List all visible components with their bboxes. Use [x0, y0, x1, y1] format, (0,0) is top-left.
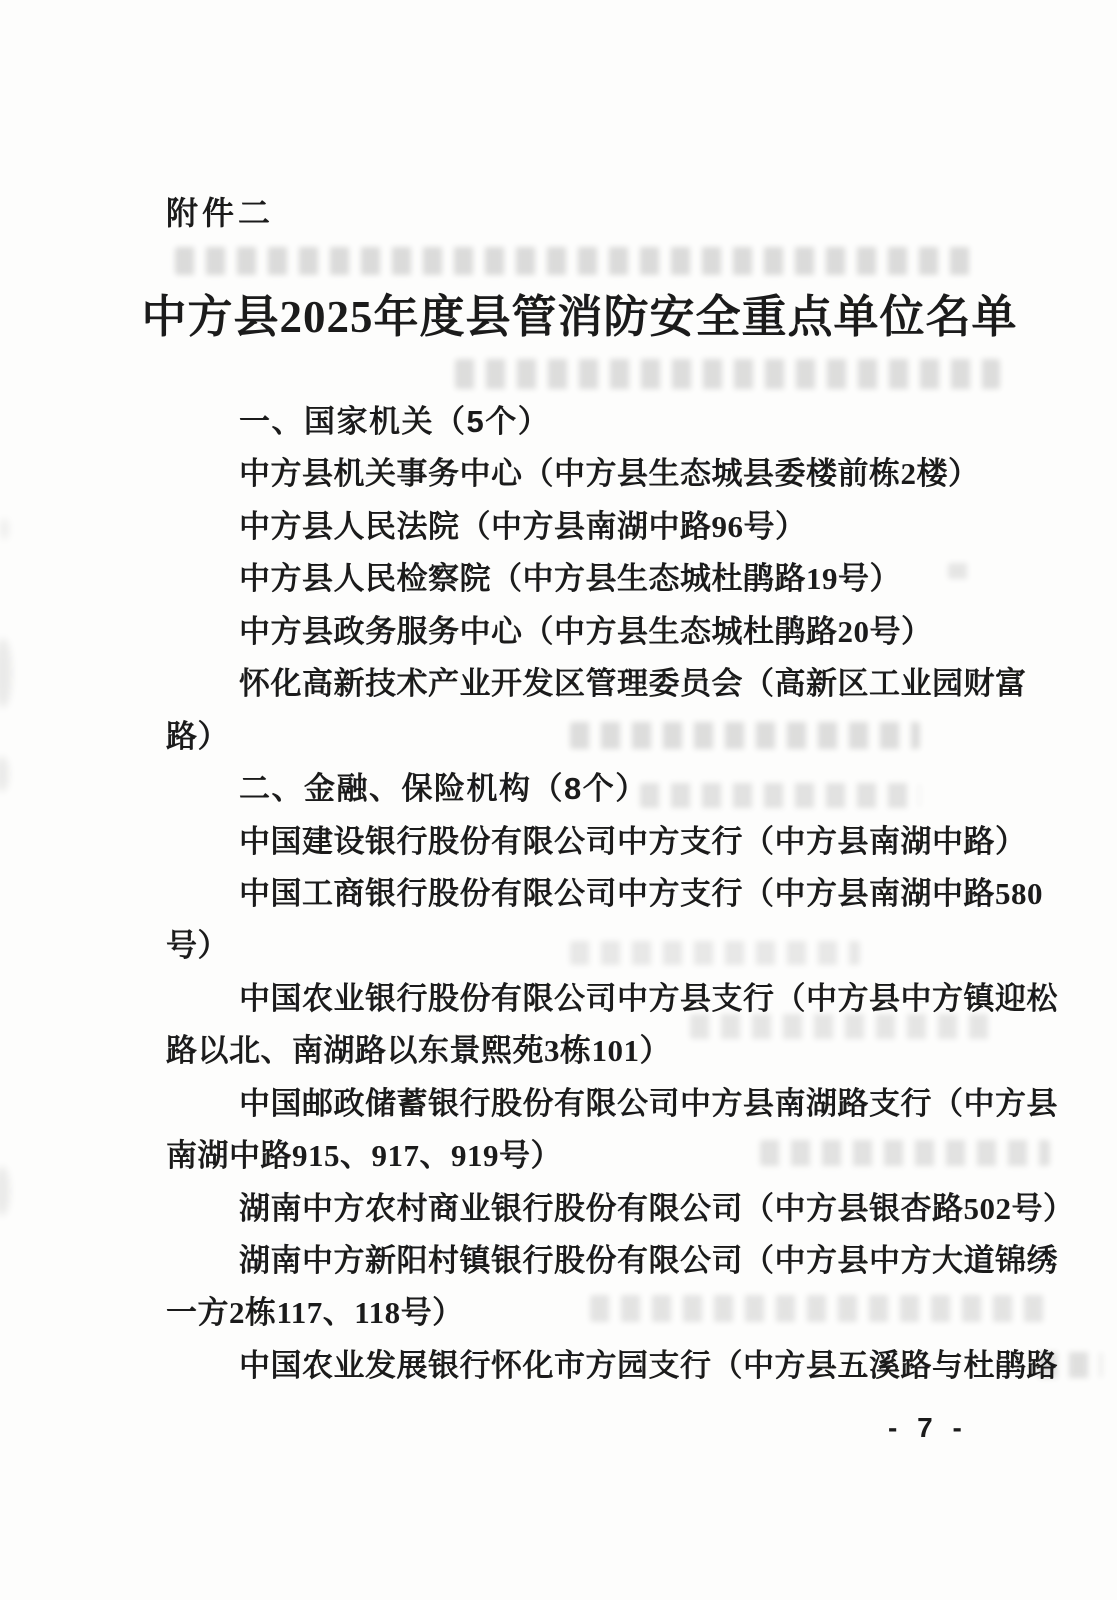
list-item-line: 中方县人民检察院（中方县生态城杜鹃路19号）: [166, 553, 1026, 605]
scan-edge-smudge: [0, 1166, 10, 1216]
section-heading-2: 二、金融、保险机构（8个）: [166, 763, 1026, 815]
page-number: - 7 -: [888, 1412, 968, 1444]
scan-edge-smudge: [0, 518, 9, 540]
list-item-line: 中国工商银行股份有限公司中方支行（中方县南湖中路580: [166, 868, 1026, 920]
list-item-line-continuation: 路）: [166, 711, 1026, 763]
list-item-line: 中国邮政储蓄银行股份有限公司中方县南湖路支行（中方县: [166, 1078, 1026, 1130]
list-item-line-continuation: 南湖中路915、917、919号）: [166, 1130, 1026, 1182]
list-item-line-continuation: 路以北、南湖路以东景熙苑3栋101）: [166, 1025, 1026, 1077]
list-item-line-continuation: 号）: [166, 920, 1026, 972]
section-heading-1: 一、国家机关（5个）: [166, 396, 1026, 448]
list-item-line: 中方县政务服务中心（中方县生态城杜鹃路20号）: [166, 606, 1026, 658]
list-item-line: 中方县人民法院（中方县南湖中路96号）: [166, 501, 1026, 553]
list-item-line: 中国农业银行股份有限公司中方县支行（中方县中方镇迎松: [166, 973, 1026, 1025]
page-title: 中方县2025年度县管消防安全重点单位名单: [0, 280, 1117, 345]
bleed-through-artifact: [175, 247, 975, 275]
list-item-line: 中国建设银行股份有限公司中方支行（中方县南湖中路）: [166, 816, 1026, 868]
list-item-line: 湖南中方新阳村镇银行股份有限公司（中方县中方大道锦绣: [166, 1235, 1026, 1287]
scan-edge-smudge: [0, 638, 12, 708]
scan-edge-smudge: [0, 756, 9, 792]
list-item-line: 湖南中方农村商业银行股份有限公司（中方县银杏路502号）: [166, 1183, 1026, 1235]
list-item-line: 中国农业发展银行怀化市方园支行（中方县五溪路与杜鹃路: [166, 1340, 1026, 1392]
list-item-line: 中方县机关事务中心（中方县生态城县委楼前栋2楼）: [166, 448, 1026, 500]
list-item-line: 怀化高新技术产业开发区管理委员会（高新区工业园财富: [166, 658, 1026, 710]
document-page: 附件二 中方县2025年度县管消防安全重点单位名单 一、国家机关（5个）中方县机…: [0, 0, 1117, 1600]
attachment-label: 附件二: [166, 188, 274, 234]
bleed-through-artifact: [455, 359, 1000, 389]
list-item-line-continuation: 一方2栋117、118号）: [166, 1287, 1026, 1339]
document-body: 一、国家机关（5个）中方县机关事务中心（中方县生态城县委楼前栋2楼）中方县人民法…: [166, 396, 1026, 1392]
